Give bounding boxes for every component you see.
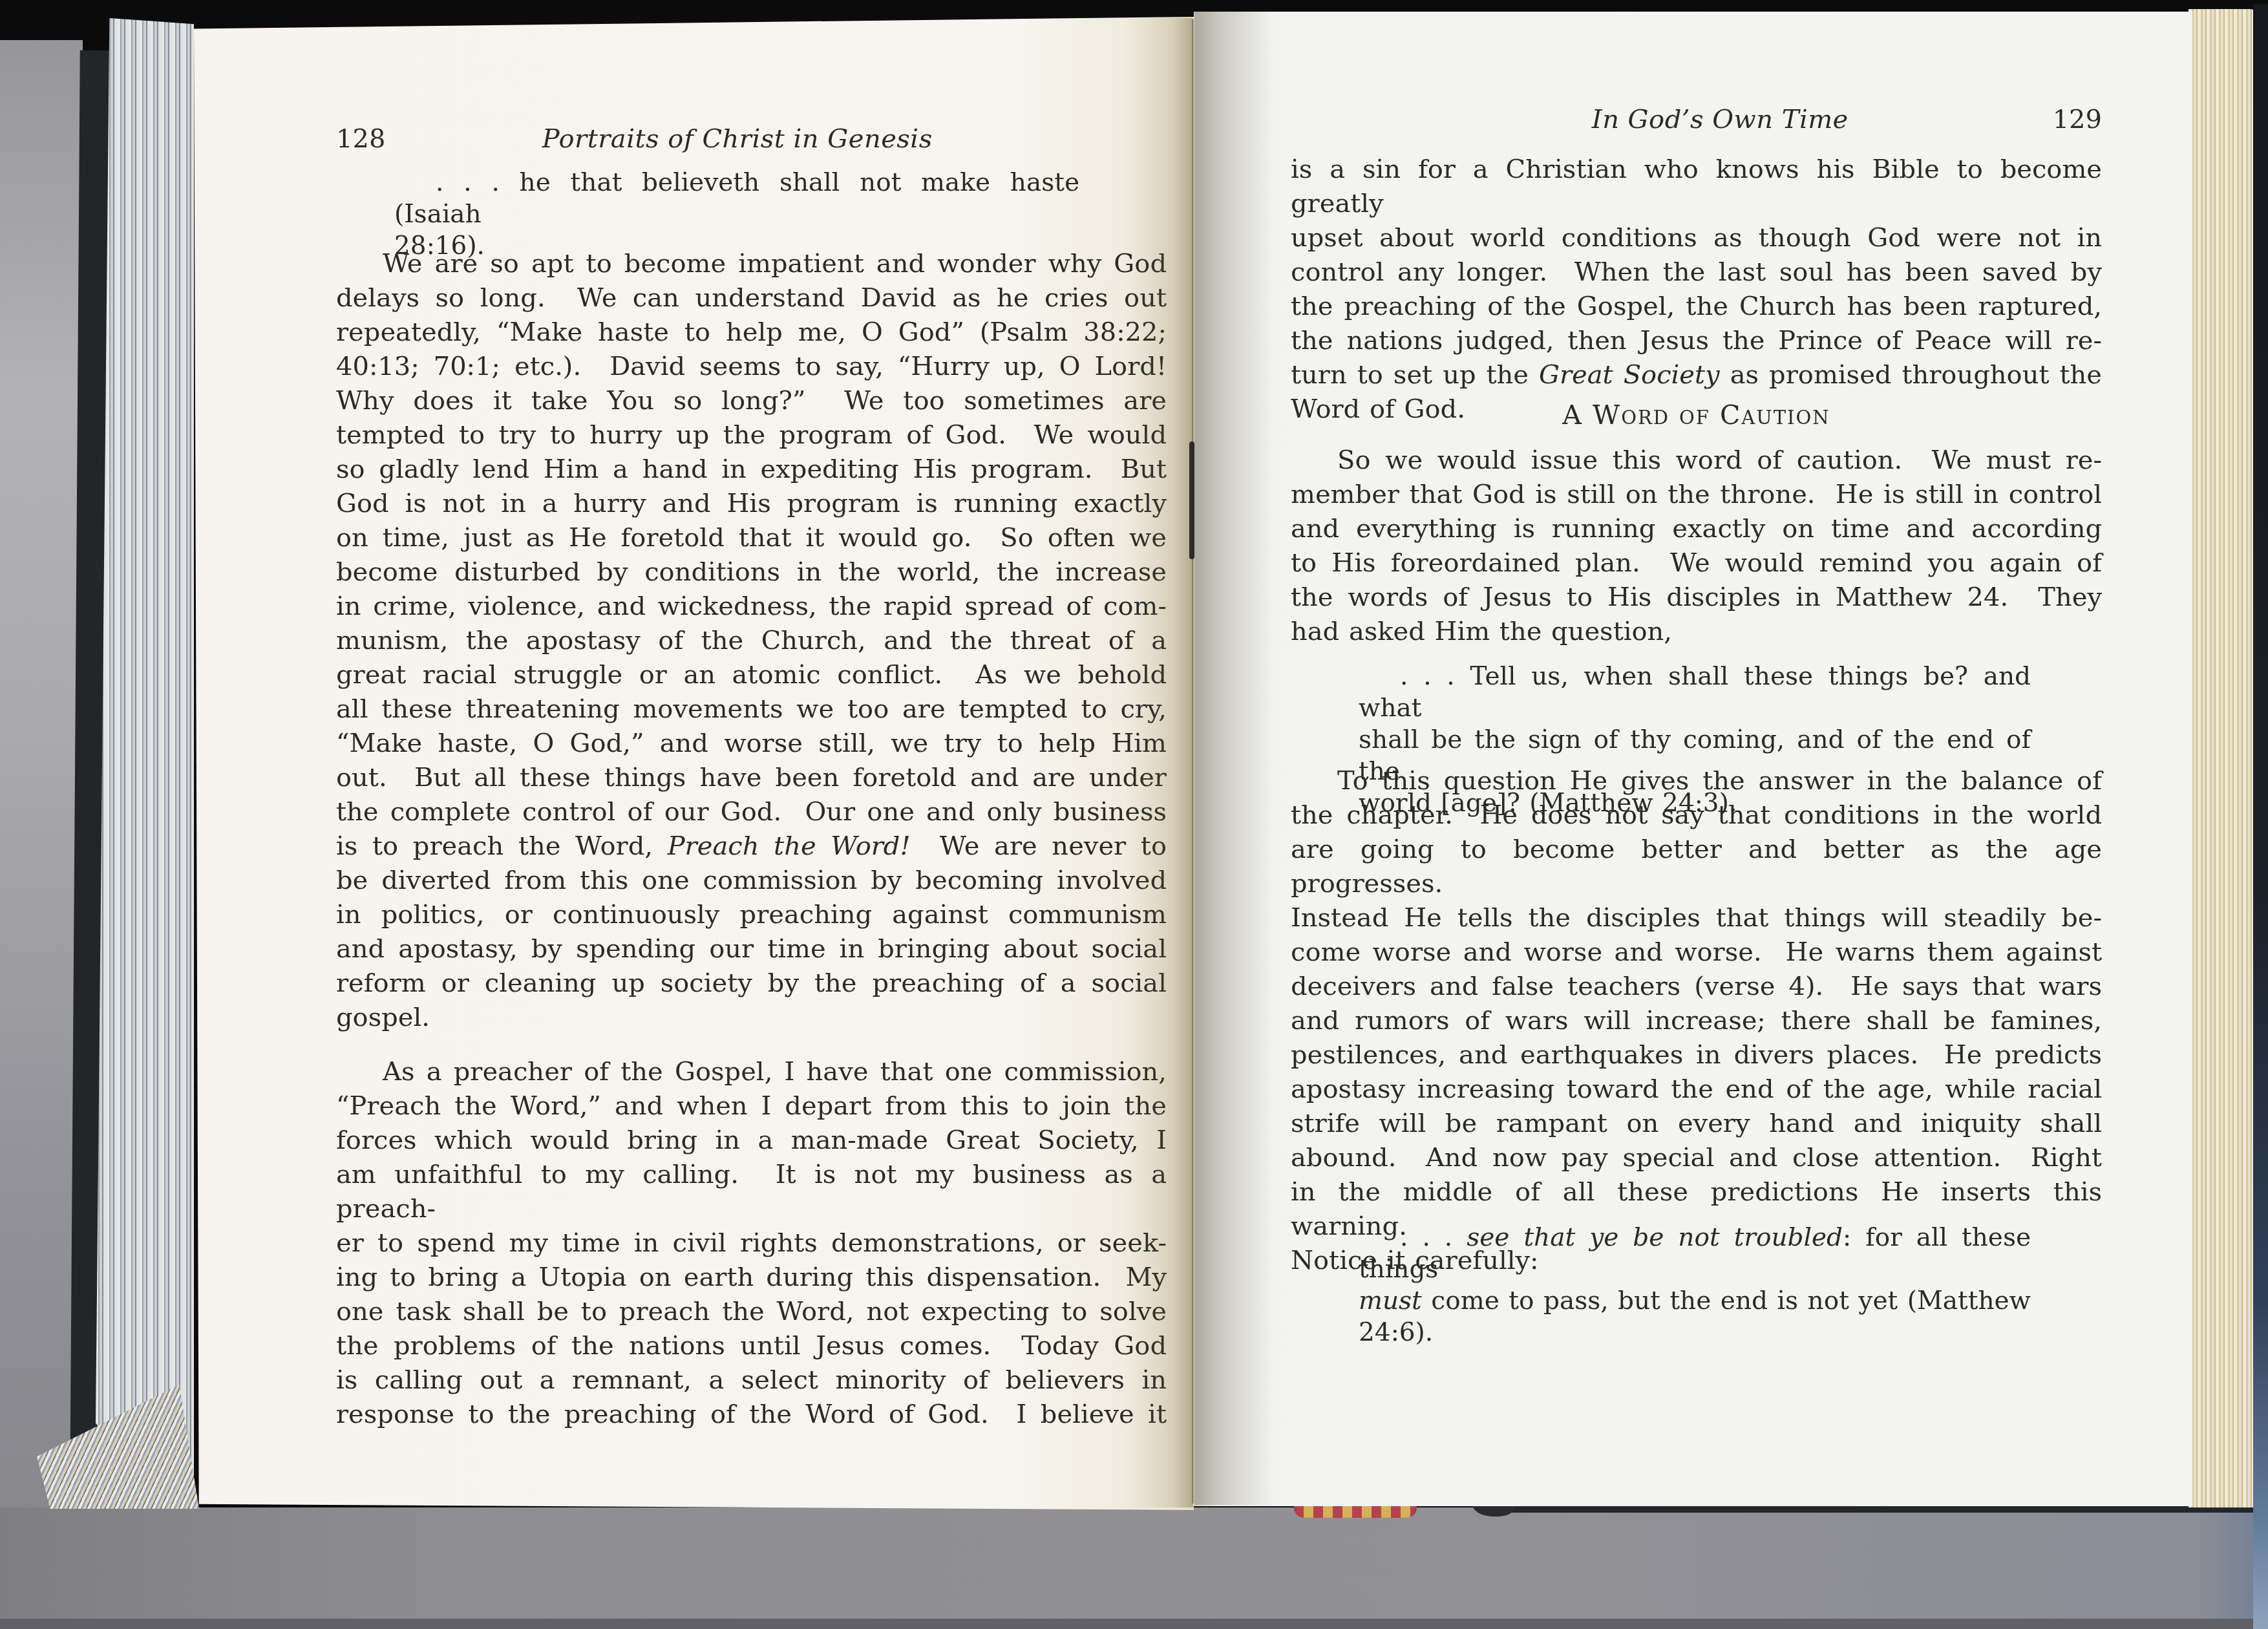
text-line: must come to pass, but the end is not ye… bbox=[1359, 1285, 2031, 1317]
page-edges-left-fan bbox=[96, 18, 194, 1497]
page-right: In God’s Own Time 129 is a sin for a Chr… bbox=[1194, 12, 2192, 1506]
text-line: are going to become better and better as… bbox=[1291, 833, 2102, 901]
text-line: To this question He gives the answer in … bbox=[1291, 764, 2102, 798]
text-line: to His foreordained plan. We would remin… bbox=[1291, 546, 2102, 580]
text-line: out. But all these things have been fore… bbox=[336, 761, 1167, 795]
gutter-shadow-left bbox=[1125, 18, 1193, 1507]
gutter-shadow-right bbox=[1194, 12, 1272, 1505]
text-line: is to preach the Word, Preach the Word! … bbox=[336, 829, 1167, 864]
text-line: is calling out a remnant, a select minor… bbox=[336, 1363, 1167, 1398]
text-line: the chapter. He does not say that condit… bbox=[1291, 798, 2102, 833]
text-line: “Make haste, O God,” and worse still, we… bbox=[336, 727, 1167, 761]
text-line: er to spend my time in civil rights demo… bbox=[336, 1226, 1167, 1261]
text-line: all these threatening movements we too a… bbox=[336, 692, 1167, 727]
text-line: control any longer. When the last soul h… bbox=[1291, 255, 2102, 290]
gutter-seam bbox=[1192, 19, 1194, 1504]
paragraph: So we would issue this word of caution. … bbox=[1291, 443, 2102, 649]
text-line: response to the preaching of the Word of… bbox=[336, 1398, 1167, 1432]
text-line: 24:6). bbox=[1359, 1317, 2031, 1348]
text-line: member that God is still on the throne. … bbox=[1291, 478, 2102, 512]
text-line: pestilences, and earthquakes in divers p… bbox=[1291, 1038, 2102, 1072]
text-line: deceivers and false teachers (verse 4). … bbox=[1291, 970, 2102, 1004]
text-line: As a preacher of the Gospel, I have that… bbox=[336, 1055, 1167, 1089]
text-line: so gladly lend Him a hand in expediting … bbox=[336, 452, 1167, 487]
gutter-ink-mark bbox=[1189, 442, 1194, 559]
text-line: the words of Jesus to His disciples in M… bbox=[1291, 580, 2102, 615]
text-line: the problems of the nations until Jesus … bbox=[336, 1329, 1167, 1363]
text-line: . . . he that believeth shall not make h… bbox=[394, 167, 1079, 230]
text-line: be diverted from this one commission by … bbox=[336, 864, 1167, 898]
text-line: great racial struggle or an atomic confl… bbox=[336, 658, 1167, 692]
text-line: . . . Tell us, when shall these things b… bbox=[1359, 661, 2031, 724]
page-number-left: 128 bbox=[336, 124, 385, 154]
text-line: and everything is running exactly on tim… bbox=[1291, 512, 2102, 546]
text-line: munism, the apostasy of the Church, and … bbox=[336, 624, 1167, 658]
text-line: So we would issue this word of caution. … bbox=[1291, 443, 2102, 478]
page-left: 128 Portraits of Christ in Genesis . . .… bbox=[194, 17, 1194, 1510]
text-line: delays so long. We can understand David … bbox=[336, 281, 1167, 315]
scanner-bed-bottom bbox=[0, 1507, 2268, 1629]
page-number-right: 129 bbox=[2053, 105, 2102, 134]
text-line: is a sin for a Christian who knows his B… bbox=[1291, 153, 2102, 221]
text-line: the preaching of the Gospel, the Church … bbox=[1291, 290, 2102, 324]
text-line: become disturbed by conditions in the wo… bbox=[336, 555, 1167, 590]
text-line: apostasy increasing toward the end of th… bbox=[1291, 1072, 2102, 1107]
text-line: and apostasy, by spending our time in br… bbox=[336, 932, 1167, 966]
section-heading: A Word of Caution bbox=[1291, 399, 2102, 431]
paragraph-continuation: is a sin for a Christian who knows his B… bbox=[1291, 153, 2102, 427]
open-book-scan: 128 Portraits of Christ in Genesis . . .… bbox=[0, 0, 2268, 1629]
text-line: God is not in a hurry and His program is… bbox=[336, 487, 1167, 521]
page-edges-right-fan bbox=[2189, 9, 2257, 1507]
text-line: am unfaithful to my calling. It is not m… bbox=[336, 1158, 1167, 1226]
text-line: strife will be rampant on every hand and… bbox=[1291, 1107, 2102, 1141]
text-line: Why does it take You so long?” We too so… bbox=[336, 384, 1167, 418]
text-line: reform or cleaning up society by the pre… bbox=[336, 966, 1167, 1001]
text-line: abound. And now pay special and close at… bbox=[1291, 1141, 2102, 1175]
page-header-left: 128 Portraits of Christ in Genesis bbox=[336, 124, 1167, 154]
text-line: the nations judged, then Jesus the Princ… bbox=[1291, 324, 2102, 358]
text-line: in crime, violence, and wickedness, the … bbox=[336, 590, 1167, 624]
text-line: in politics, or continuously preaching a… bbox=[336, 898, 1167, 932]
page-header-right: In God’s Own Time 129 bbox=[1291, 105, 2102, 134]
text-line: ing to bring a Utopia on earth during th… bbox=[336, 1261, 1167, 1295]
text-line: We are so apt to become impatient and wo… bbox=[336, 247, 1167, 281]
text-line: Instead He tells the disciples that thin… bbox=[1291, 901, 2102, 935]
text-line: and rumors of wars will increase; there … bbox=[1291, 1004, 2102, 1038]
paragraph: To this question He gives the answer in … bbox=[1291, 764, 2102, 1278]
text-line: the complete control of our God. Our one… bbox=[336, 795, 1167, 829]
text-line: upset about world conditions as though G… bbox=[1291, 221, 2102, 255]
book-cover-right-edge bbox=[2253, 4, 2268, 1629]
paragraph: As a preacher of the Gospel, I have that… bbox=[336, 1055, 1167, 1432]
text-line: tempted to try to hurry up the program o… bbox=[336, 418, 1167, 452]
scanner-bed-bottom-edge bbox=[0, 1619, 2268, 1629]
text-line: . . . see that ye be not troubled: for a… bbox=[1359, 1222, 2031, 1285]
text-line: come worse and worse and worse. He warns… bbox=[1291, 935, 2102, 970]
text-line: turn to set up the Great Society as prom… bbox=[1291, 358, 2102, 392]
text-line: 40:13; 70:1; etc.). David seems to say, … bbox=[336, 350, 1167, 384]
text-line: repeatedly, “Make haste to help me, O Go… bbox=[336, 315, 1167, 350]
paragraph: We are so apt to become impatient and wo… bbox=[336, 247, 1167, 1035]
text-line: gospel. bbox=[336, 1001, 1167, 1035]
running-title-right: In God’s Own Time bbox=[1291, 105, 2053, 134]
text-line: forces which would bring in a man-made G… bbox=[336, 1123, 1167, 1158]
running-title-left: Portraits of Christ in Genesis bbox=[385, 124, 1167, 154]
text-line: “Preach the Word,” and when I depart fro… bbox=[336, 1089, 1167, 1123]
text-line: on time, just as He foretold that it wou… bbox=[336, 521, 1167, 555]
text-line: one task shall be to preach the Word, no… bbox=[336, 1295, 1167, 1329]
block-quote-matthew-24-6: . . . see that ye be not troubled: for a… bbox=[1359, 1222, 2031, 1348]
text-line: had asked Him the question, bbox=[1291, 615, 2102, 649]
